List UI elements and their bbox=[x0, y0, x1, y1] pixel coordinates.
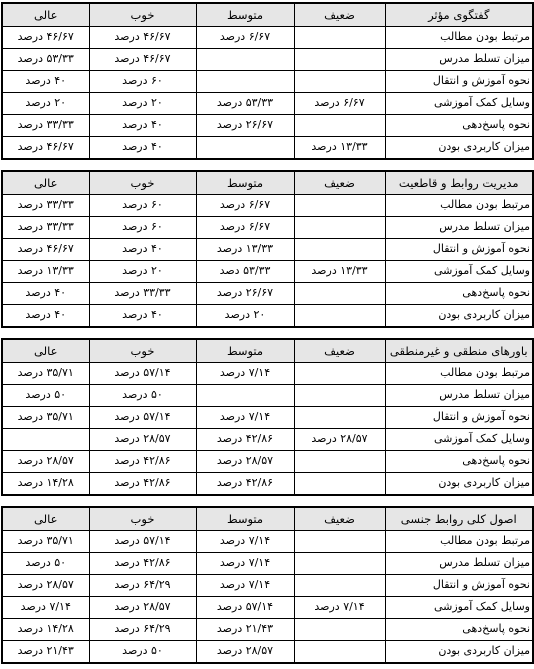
row-label-cell: میزان کاربردی بودن bbox=[385, 473, 533, 496]
value-cell-medium: ۲۶/۶۷ درصد bbox=[196, 283, 294, 305]
value-cell-excellent: ۵۳/۳۳ درصد bbox=[2, 49, 89, 71]
table-header-row: گفتگوی مؤثر ضعیف متوسط خوب عالی bbox=[2, 3, 533, 27]
table-row: نحوه آموزش و انتقال۷/۱۴ درصد۶۴/۲۹ درصد۲۸… bbox=[2, 575, 533, 597]
value-cell-good: ۲۸/۵۷ درصد bbox=[89, 597, 196, 619]
row-label-cell: میزان تسلط مدرس bbox=[385, 553, 533, 575]
value-cell-excellent: ۴۶/۶۷ درصد bbox=[2, 239, 89, 261]
value-cell-good: ۵۷/۱۴ درصد bbox=[89, 531, 196, 553]
table-row: میزان کاربردی بودن۲۸/۵۷ درصد۵۰ درصد۲۱/۴۳… bbox=[2, 641, 533, 664]
table-row: نحوه پاسخ‌دهی۲۶/۶۷ درصد۴۰ درصد۳۳/۳۳ درصد bbox=[2, 115, 533, 137]
value-cell-excellent: ۳۳/۳۳ درصد bbox=[2, 217, 89, 239]
rating-table-effective-dialogue: گفتگوی مؤثر ضعیف متوسط خوب عالی مرتبط بو… bbox=[1, 2, 534, 160]
row-label-cell: وسایل کمک آموزشی bbox=[385, 429, 533, 451]
table-row: نحوه پاسخ‌دهی۲۱/۴۳ درصد۶۴/۲۹ درصد۱۴/۲۸ د… bbox=[2, 619, 533, 641]
row-label-cell: نحوه پاسخ‌دهی bbox=[385, 619, 533, 641]
table-row: مرتبط بودن مطالب۷/۱۴ درصد۵۷/۱۴ درصد۳۵/۷۱… bbox=[2, 531, 533, 553]
rating-header-good: خوب bbox=[89, 339, 196, 363]
value-cell-weak bbox=[294, 407, 385, 429]
rating-table-logical-beliefs: باورهای منطقی و غیرمنطقی ضعیف متوسط خوب … bbox=[1, 338, 534, 496]
rating-header-weak: ضعیف bbox=[294, 339, 385, 363]
rating-header-medium: متوسط bbox=[196, 3, 294, 27]
value-cell-medium: ۷/۱۴ درصد bbox=[196, 363, 294, 385]
value-cell-weak bbox=[294, 115, 385, 137]
value-cell-medium: ۷/۱۴ درصد bbox=[196, 575, 294, 597]
value-cell-good: ۶۰ درصد bbox=[89, 195, 196, 217]
table-row: نحوه آموزش و انتقال۱۳/۳۳ درصد۴۰ درصد۴۶/۶… bbox=[2, 239, 533, 261]
value-cell-excellent: ۲۸/۵۷ درصد bbox=[2, 451, 89, 473]
table-row: نحوه آموزش و انتقال۶۰ درصد۴۰ درصد bbox=[2, 71, 533, 93]
value-cell-weak: ۲۸/۵۷ درصد bbox=[294, 429, 385, 451]
value-cell-medium: ۲۸/۵۷ درصد bbox=[196, 451, 294, 473]
rating-header-weak: ضعیف bbox=[294, 3, 385, 27]
value-cell-excellent: ۱۴/۲۸ درصد bbox=[2, 473, 89, 496]
row-label-cell: مرتبط بودن مطالب bbox=[385, 531, 533, 553]
row-label-cell: میزان کاربردی بودن bbox=[385, 305, 533, 328]
row-label-cell: وسایل کمک آموزشی bbox=[385, 93, 533, 115]
value-cell-medium bbox=[196, 137, 294, 160]
value-cell-excellent: ۴۶/۶۷ درصد bbox=[2, 27, 89, 49]
value-cell-medium: ۲۶/۶۷ درصد bbox=[196, 115, 294, 137]
row-label-cell: نحوه پاسخ‌دهی bbox=[385, 115, 533, 137]
row-label-cell: میزان تسلط مدرس bbox=[385, 385, 533, 407]
value-cell-medium: ۴۲/۸۶ درصد bbox=[196, 473, 294, 496]
value-cell-weak bbox=[294, 27, 385, 49]
row-label-cell: وسایل کمک آموزشی bbox=[385, 261, 533, 283]
row-label-cell: نحوه پاسخ‌دهی bbox=[385, 283, 533, 305]
value-cell-excellent bbox=[2, 429, 89, 451]
table-row: میزان کاربردی بودن۴۲/۸۶ درصد۴۲/۸۶ درصد۱۴… bbox=[2, 473, 533, 496]
rating-header-good: خوب bbox=[89, 171, 196, 195]
row-label-cell: مرتبط بودن مطالب bbox=[385, 195, 533, 217]
rating-header-medium: متوسط bbox=[196, 507, 294, 531]
rating-header-medium: متوسط bbox=[196, 171, 294, 195]
value-cell-weak bbox=[294, 385, 385, 407]
value-cell-weak bbox=[294, 195, 385, 217]
table-row: نحوه پاسخ‌دهی۲۸/۵۷ درصد۴۲/۸۶ درصد۲۸/۵۷ د… bbox=[2, 451, 533, 473]
value-cell-excellent: ۳۳/۳۳ درصد bbox=[2, 115, 89, 137]
table-title-cell: گفتگوی مؤثر bbox=[385, 3, 533, 27]
table-row: وسایل کمک آموزشی۷/۱۴ درصد۵۷/۱۴ درصد۲۸/۵۷… bbox=[2, 597, 533, 619]
table-row: نحوه پاسخ‌دهی۲۶/۶۷ درصد۳۳/۳۳ درصد۴۰ درصد bbox=[2, 283, 533, 305]
table-row: میزان کاربردی بودن۱۳/۳۳ درصد۴۰ درصد۴۶/۶۷… bbox=[2, 137, 533, 160]
value-cell-weak bbox=[294, 363, 385, 385]
value-cell-good: ۵۰ درصد bbox=[89, 385, 196, 407]
rating-header-excellent: عالی bbox=[2, 507, 89, 531]
table-row: میزان کاربردی بودن۲۰ درصد۴۰ درصد۴۰ درصد bbox=[2, 305, 533, 328]
row-label-cell: میزان کاربردی بودن bbox=[385, 641, 533, 664]
rating-table-relationship-management: مدیریت روابط و قاطعیت ضعیف متوسط خوب عال… bbox=[1, 170, 534, 328]
value-cell-medium: ۷/۱۴ درصد bbox=[196, 407, 294, 429]
value-cell-good: ۲۸/۵۷ درصد bbox=[89, 429, 196, 451]
value-cell-weak bbox=[294, 217, 385, 239]
value-cell-weak bbox=[294, 531, 385, 553]
value-cell-excellent: ۴۰ درصد bbox=[2, 283, 89, 305]
value-cell-medium: ۴۲/۸۶ درصد bbox=[196, 429, 294, 451]
table-row: وسایل کمک آموزشی۲۸/۵۷ درصد۴۲/۸۶ درصد۲۸/۵… bbox=[2, 429, 533, 451]
document-page: گفتگوی مؤثر ضعیف متوسط خوب عالی مرتبط بو… bbox=[0, 0, 534, 664]
rating-header-weak: ضعیف bbox=[294, 171, 385, 195]
value-cell-good: ۲۰ درصد bbox=[89, 93, 196, 115]
value-cell-excellent: ۴۶/۶۷ درصد bbox=[2, 137, 89, 160]
row-label-cell: نحوه آموزش و انتقال bbox=[385, 407, 533, 429]
table-row: وسایل کمک آموزشی۶/۶۷ درصد۵۳/۳۳ درصد۲۰ در… bbox=[2, 93, 533, 115]
table-header-row: باورهای منطقی و غیرمنطقی ضعیف متوسط خوب … bbox=[2, 339, 533, 363]
row-label-cell: میزان کاربردی بودن bbox=[385, 137, 533, 160]
value-cell-excellent: ۲۱/۴۳ درصد bbox=[2, 641, 89, 664]
row-label-cell: نحوه آموزش و انتقال bbox=[385, 575, 533, 597]
value-cell-medium: ۶/۶۷ درصد bbox=[196, 217, 294, 239]
value-cell-excellent: ۱۳/۳۳ درصد bbox=[2, 261, 89, 283]
value-cell-excellent: ۳۳/۳۳ درصد bbox=[2, 195, 89, 217]
value-cell-medium: ۶/۶۷ درصد bbox=[196, 195, 294, 217]
row-label-cell: مرتبط بودن مطالب bbox=[385, 363, 533, 385]
table-header-row: اصول کلی روابط جنسی ضعیف متوسط خوب عالی bbox=[2, 507, 533, 531]
value-cell-medium: ۱۳/۳۳ درصد bbox=[196, 239, 294, 261]
rating-table-general-principles: اصول کلی روابط جنسی ضعیف متوسط خوب عالی … bbox=[1, 506, 534, 664]
value-cell-weak bbox=[294, 71, 385, 93]
value-cell-weak: ۱۳/۳۳ درصد bbox=[294, 261, 385, 283]
value-cell-weak: ۷/۱۴ درصد bbox=[294, 597, 385, 619]
value-cell-excellent: ۳۵/۷۱ درصد bbox=[2, 531, 89, 553]
table-title-cell: باورهای منطقی و غیرمنطقی bbox=[385, 339, 533, 363]
value-cell-medium: ۵۳/۳۳ دصد bbox=[196, 261, 294, 283]
rating-header-excellent: عالی bbox=[2, 3, 89, 27]
value-cell-excellent: ۴۰ درصد bbox=[2, 71, 89, 93]
value-cell-good: ۴۰ درصد bbox=[89, 115, 196, 137]
value-cell-weak bbox=[294, 619, 385, 641]
value-cell-good: ۴۶/۶۷ درصد bbox=[89, 27, 196, 49]
value-cell-good: ۴۶/۶۷ درصد bbox=[89, 49, 196, 71]
value-cell-medium: ۲۱/۴۳ درصد bbox=[196, 619, 294, 641]
row-label-cell: میزان تسلط مدرس bbox=[385, 49, 533, 71]
value-cell-good: ۶۴/۲۹ درصد bbox=[89, 575, 196, 597]
value-cell-weak: ۱۳/۳۳ درصد bbox=[294, 137, 385, 160]
rating-header-excellent: عالی bbox=[2, 171, 89, 195]
value-cell-medium: ۷/۱۴ درصد bbox=[196, 531, 294, 553]
value-cell-excellent: ۳۵/۷۱ درصد bbox=[2, 407, 89, 429]
value-cell-medium: ۵۷/۱۴ درصد bbox=[196, 597, 294, 619]
value-cell-excellent: ۲۸/۵۷ درصد bbox=[2, 575, 89, 597]
value-cell-good: ۲۰ درصد bbox=[89, 261, 196, 283]
table-header-row: مدیریت روابط و قاطعیت ضعیف متوسط خوب عال… bbox=[2, 171, 533, 195]
rating-header-medium: متوسط bbox=[196, 339, 294, 363]
value-cell-weak bbox=[294, 283, 385, 305]
value-cell-medium bbox=[196, 385, 294, 407]
value-cell-excellent: ۳۵/۷۱ درصد bbox=[2, 363, 89, 385]
table-row: مرتبط بودن مطالب۶/۶۷ درصد۴۶/۶۷ درصد۴۶/۶۷… bbox=[2, 27, 533, 49]
table-row: میزان تسلط مدرس۶/۶۷ درصد۶۰ درصد۳۳/۳۳ درص… bbox=[2, 217, 533, 239]
value-cell-weak bbox=[294, 473, 385, 496]
value-cell-good: ۴۰ درصد bbox=[89, 239, 196, 261]
value-cell-excellent: ۱۴/۲۸ درصد bbox=[2, 619, 89, 641]
value-cell-good: ۴۰ درصد bbox=[89, 137, 196, 160]
value-cell-good: ۵۷/۱۴ درصد bbox=[89, 363, 196, 385]
rating-header-excellent: عالی bbox=[2, 339, 89, 363]
value-cell-medium bbox=[196, 71, 294, 93]
value-cell-good: ۶۰ درصد bbox=[89, 217, 196, 239]
value-cell-good: ۴۰ درصد bbox=[89, 305, 196, 328]
value-cell-good: ۳۳/۳۳ درصد bbox=[89, 283, 196, 305]
row-label-cell: میزان تسلط مدرس bbox=[385, 217, 533, 239]
value-cell-weak: ۶/۶۷ درصد bbox=[294, 93, 385, 115]
value-cell-good: ۶۰ درصد bbox=[89, 71, 196, 93]
value-cell-good: ۴۲/۸۶ درصد bbox=[89, 451, 196, 473]
value-cell-good: ۶۴/۲۹ درصد bbox=[89, 619, 196, 641]
table-row: میزان تسلط مدرس۷/۱۴ درصد۴۲/۸۶ درصد۵۰ درص… bbox=[2, 553, 533, 575]
table-row: وسایل کمک آموزشی۱۳/۳۳ درصد۵۳/۳۳ دصد۲۰ در… bbox=[2, 261, 533, 283]
value-cell-weak bbox=[294, 305, 385, 328]
rating-header-good: خوب bbox=[89, 3, 196, 27]
row-label-cell: نحوه آموزش و انتقال bbox=[385, 71, 533, 93]
value-cell-excellent: ۴۰ درصد bbox=[2, 305, 89, 328]
value-cell-medium bbox=[196, 49, 294, 71]
value-cell-good: ۵۷/۱۴ درصد bbox=[89, 407, 196, 429]
value-cell-medium: ۷/۱۴ درصد bbox=[196, 553, 294, 575]
value-cell-weak bbox=[294, 553, 385, 575]
value-cell-weak bbox=[294, 641, 385, 664]
value-cell-weak bbox=[294, 575, 385, 597]
value-cell-excellent: ۲۰ درصد bbox=[2, 93, 89, 115]
table-row: مرتبط بودن مطالب۶/۶۷ درصد۶۰ درصد۳۳/۳۳ در… bbox=[2, 195, 533, 217]
value-cell-excellent: ۵۰ درصد bbox=[2, 553, 89, 575]
value-cell-excellent: ۵۰ درصد bbox=[2, 385, 89, 407]
value-cell-medium: ۵۳/۳۳ درصد bbox=[196, 93, 294, 115]
value-cell-weak bbox=[294, 49, 385, 71]
value-cell-medium: ۶/۶۷ درصد bbox=[196, 27, 294, 49]
value-cell-medium: ۲۸/۵۷ درصد bbox=[196, 641, 294, 664]
rating-header-good: خوب bbox=[89, 507, 196, 531]
table-row: مرتبط بودن مطالب۷/۱۴ درصد۵۷/۱۴ درصد۳۵/۷۱… bbox=[2, 363, 533, 385]
table-row: نحوه آموزش و انتقال۷/۱۴ درصد۵۷/۱۴ درصد۳۵… bbox=[2, 407, 533, 429]
value-cell-medium: ۲۰ درصد bbox=[196, 305, 294, 328]
row-label-cell: وسایل کمک آموزشی bbox=[385, 597, 533, 619]
value-cell-good: ۵۰ درصد bbox=[89, 641, 196, 664]
value-cell-good: ۴۲/۸۶ درصد bbox=[89, 473, 196, 496]
table-row: میزان تسلط مدرس۴۶/۶۷ درصد۵۳/۳۳ درصد bbox=[2, 49, 533, 71]
row-label-cell: نحوه پاسخ‌دهی bbox=[385, 451, 533, 473]
row-label-cell: نحوه آموزش و انتقال bbox=[385, 239, 533, 261]
table-row: میزان تسلط مدرس۵۰ درصد۵۰ درصد bbox=[2, 385, 533, 407]
rating-header-weak: ضعیف bbox=[294, 507, 385, 531]
row-label-cell: مرتبط بودن مطالب bbox=[385, 27, 533, 49]
value-cell-weak bbox=[294, 239, 385, 261]
value-cell-excellent: ۷/۱۴ درصد bbox=[2, 597, 89, 619]
table-title-cell: اصول کلی روابط جنسی bbox=[385, 507, 533, 531]
table-title-cell: مدیریت روابط و قاطعیت bbox=[385, 171, 533, 195]
value-cell-weak bbox=[294, 451, 385, 473]
value-cell-good: ۴۲/۸۶ درصد bbox=[89, 553, 196, 575]
